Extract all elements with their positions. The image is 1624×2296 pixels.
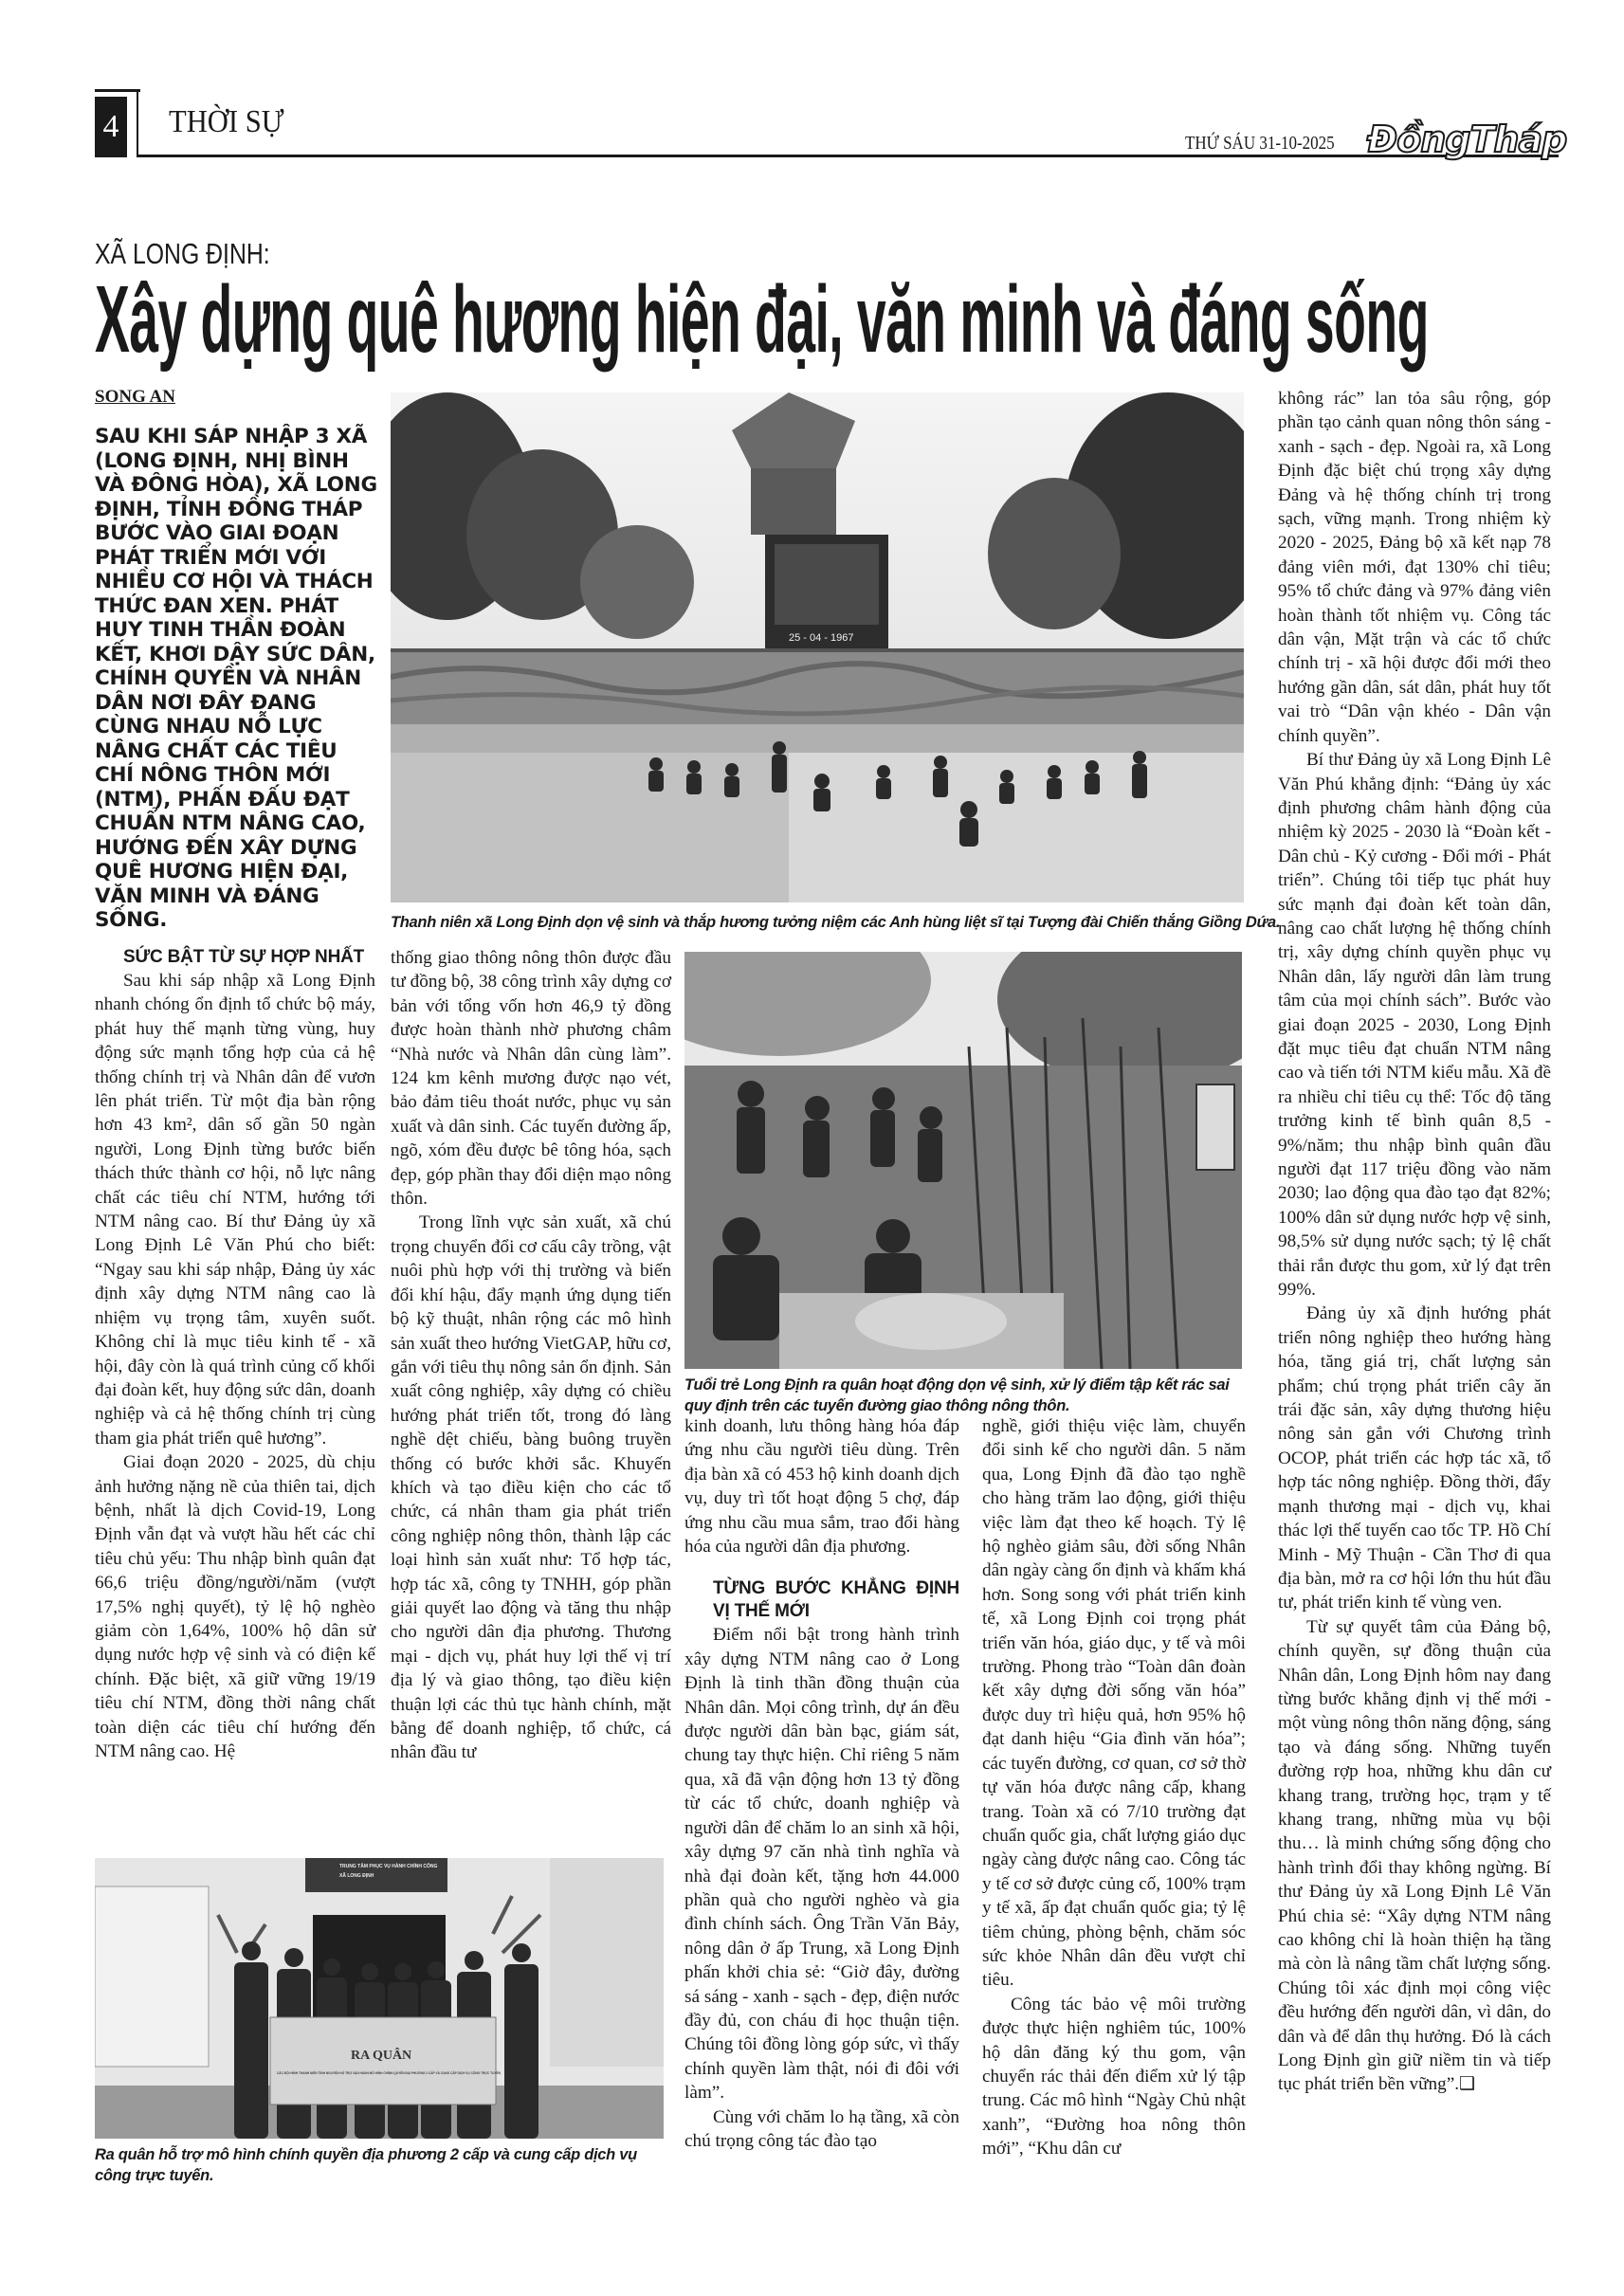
- article-column-3: kinh doanh, lưu thông hàng hóa đáp ứng n…: [684, 1414, 959, 2153]
- group-photo: TRUNG TÂM PHỤC VỤ HÀNH CHÍNH CÔNG XÃ LON…: [95, 1858, 664, 2139]
- paragraph: không rác” lan tỏa sâu rộng, góp phần tạ…: [1278, 387, 1551, 748]
- paragraph: kinh doanh, lưu thông hàng hóa đáp ứng n…: [684, 1414, 959, 1558]
- subhead-tung-buoc: TỪNG BƯỚC KHẲNG ĐỊNH VỊ THẾ MỚI: [684, 1577, 959, 1623]
- article-column-5: không rác” lan tỏa sâu rộng, góp phần tạ…: [1278, 387, 1551, 2097]
- article-column-2: thống giao thông nông thôn được đầu tư đ…: [391, 946, 671, 1765]
- group-photo-sign-text: TRUNG TÂM PHỤC VỤ HÀNH CHÍNH CÔNG: [339, 1862, 437, 1869]
- group-photo-caption: Ra quân hỗ trợ mô hình chính quyền địa p…: [95, 2144, 673, 2186]
- paragraph: Từ sự quyết tâm của Đảng bộ, chính quyền…: [1278, 1615, 1551, 2097]
- header-rule: [138, 155, 1559, 157]
- byline: SONG AN: [95, 387, 175, 408]
- monument-plaque-date: 25 - 04 - 1967: [789, 632, 854, 644]
- article-column-1: SỨC BẬT TỪ SỰ HỢP NHẤT Sau khi sáp nhập …: [95, 946, 375, 1763]
- masthead-logo: ĐồngTháp: [1367, 118, 1566, 160]
- paragraph: Công tác bảo vệ môi trường được thực hiệ…: [982, 1993, 1246, 2161]
- group-photo-banner-subtitle: CÁC ĐỘI HÌNH THANH NIÊN TÌNH NGUYỆN HỖ T…: [277, 2070, 502, 2075]
- closing-paragraph: Từ sự quyết tâm của Đảng bộ, chính quyền…: [1278, 1617, 1551, 2095]
- paragraph: Sau khi sáp nhập xã Long Định nhanh chón…: [95, 969, 375, 1450]
- cleanup-photo: [684, 952, 1242, 1369]
- monument-photo-caption: Thanh niên xã Long Định dọn vệ sinh và t…: [391, 912, 1263, 933]
- end-mark-icon: ❑: [1459, 2074, 1475, 2094]
- page-number-side-rule: [137, 89, 138, 157]
- paragraph: Bí thư Đảng ủy xã Long Định Lê Văn Phú k…: [1278, 748, 1551, 1302]
- issue-date: THỨ SÁU 31-10-2025: [1185, 133, 1335, 155]
- paragraph: Giai đoạn 2020 - 2025, dù chịu ảnh hưởng…: [95, 1450, 375, 1763]
- paragraph: Đảng ủy xã định hướng phát triển nông ng…: [1278, 1302, 1551, 1614]
- page-number: 4: [95, 97, 127, 157]
- cleanup-photo-caption: Tuổi trẻ Long Định ra quân hoạt động dọn…: [684, 1375, 1244, 1416]
- paragraph: nghề, giới thiệu việc làm, chuyển đổi si…: [982, 1414, 1246, 1993]
- paragraph: Cùng với chăm lo hạ tầng, xã còn chú trọ…: [684, 2105, 959, 2154]
- paragraph: Trong lĩnh vực sản xuất, xã chú trọng ch…: [391, 1211, 671, 1764]
- article-column-4: nghề, giới thiệu việc làm, chuyển đổi si…: [982, 1414, 1246, 2161]
- article-headline: Xây dựng quê hương hiện đại, văn minh và…: [95, 267, 1143, 372]
- paragraph: thống giao thông nông thôn được đầu tư đ…: [391, 946, 671, 1211]
- monument-photo: 25 - 04 - 1967: [391, 392, 1244, 902]
- article-sapo: SAU KHI SÁP NHẬP 3 XÃ (LONG ĐỊNH, NHỊ BÌ…: [95, 425, 379, 933]
- page-number-rule: [95, 89, 140, 92]
- paragraph: Điểm nổi bật trong hành trình xây dựng N…: [684, 1623, 959, 2105]
- group-photo-sign-subtext: XÃ LONG ĐỊNH: [339, 1872, 374, 1879]
- subhead-suc-bat: SỨC BẬT TỪ SỰ HỢP NHẤT: [95, 946, 375, 969]
- group-photo-banner-title: RA QUÂN: [351, 2047, 411, 2063]
- section-label: THỜI SỰ: [169, 104, 284, 140]
